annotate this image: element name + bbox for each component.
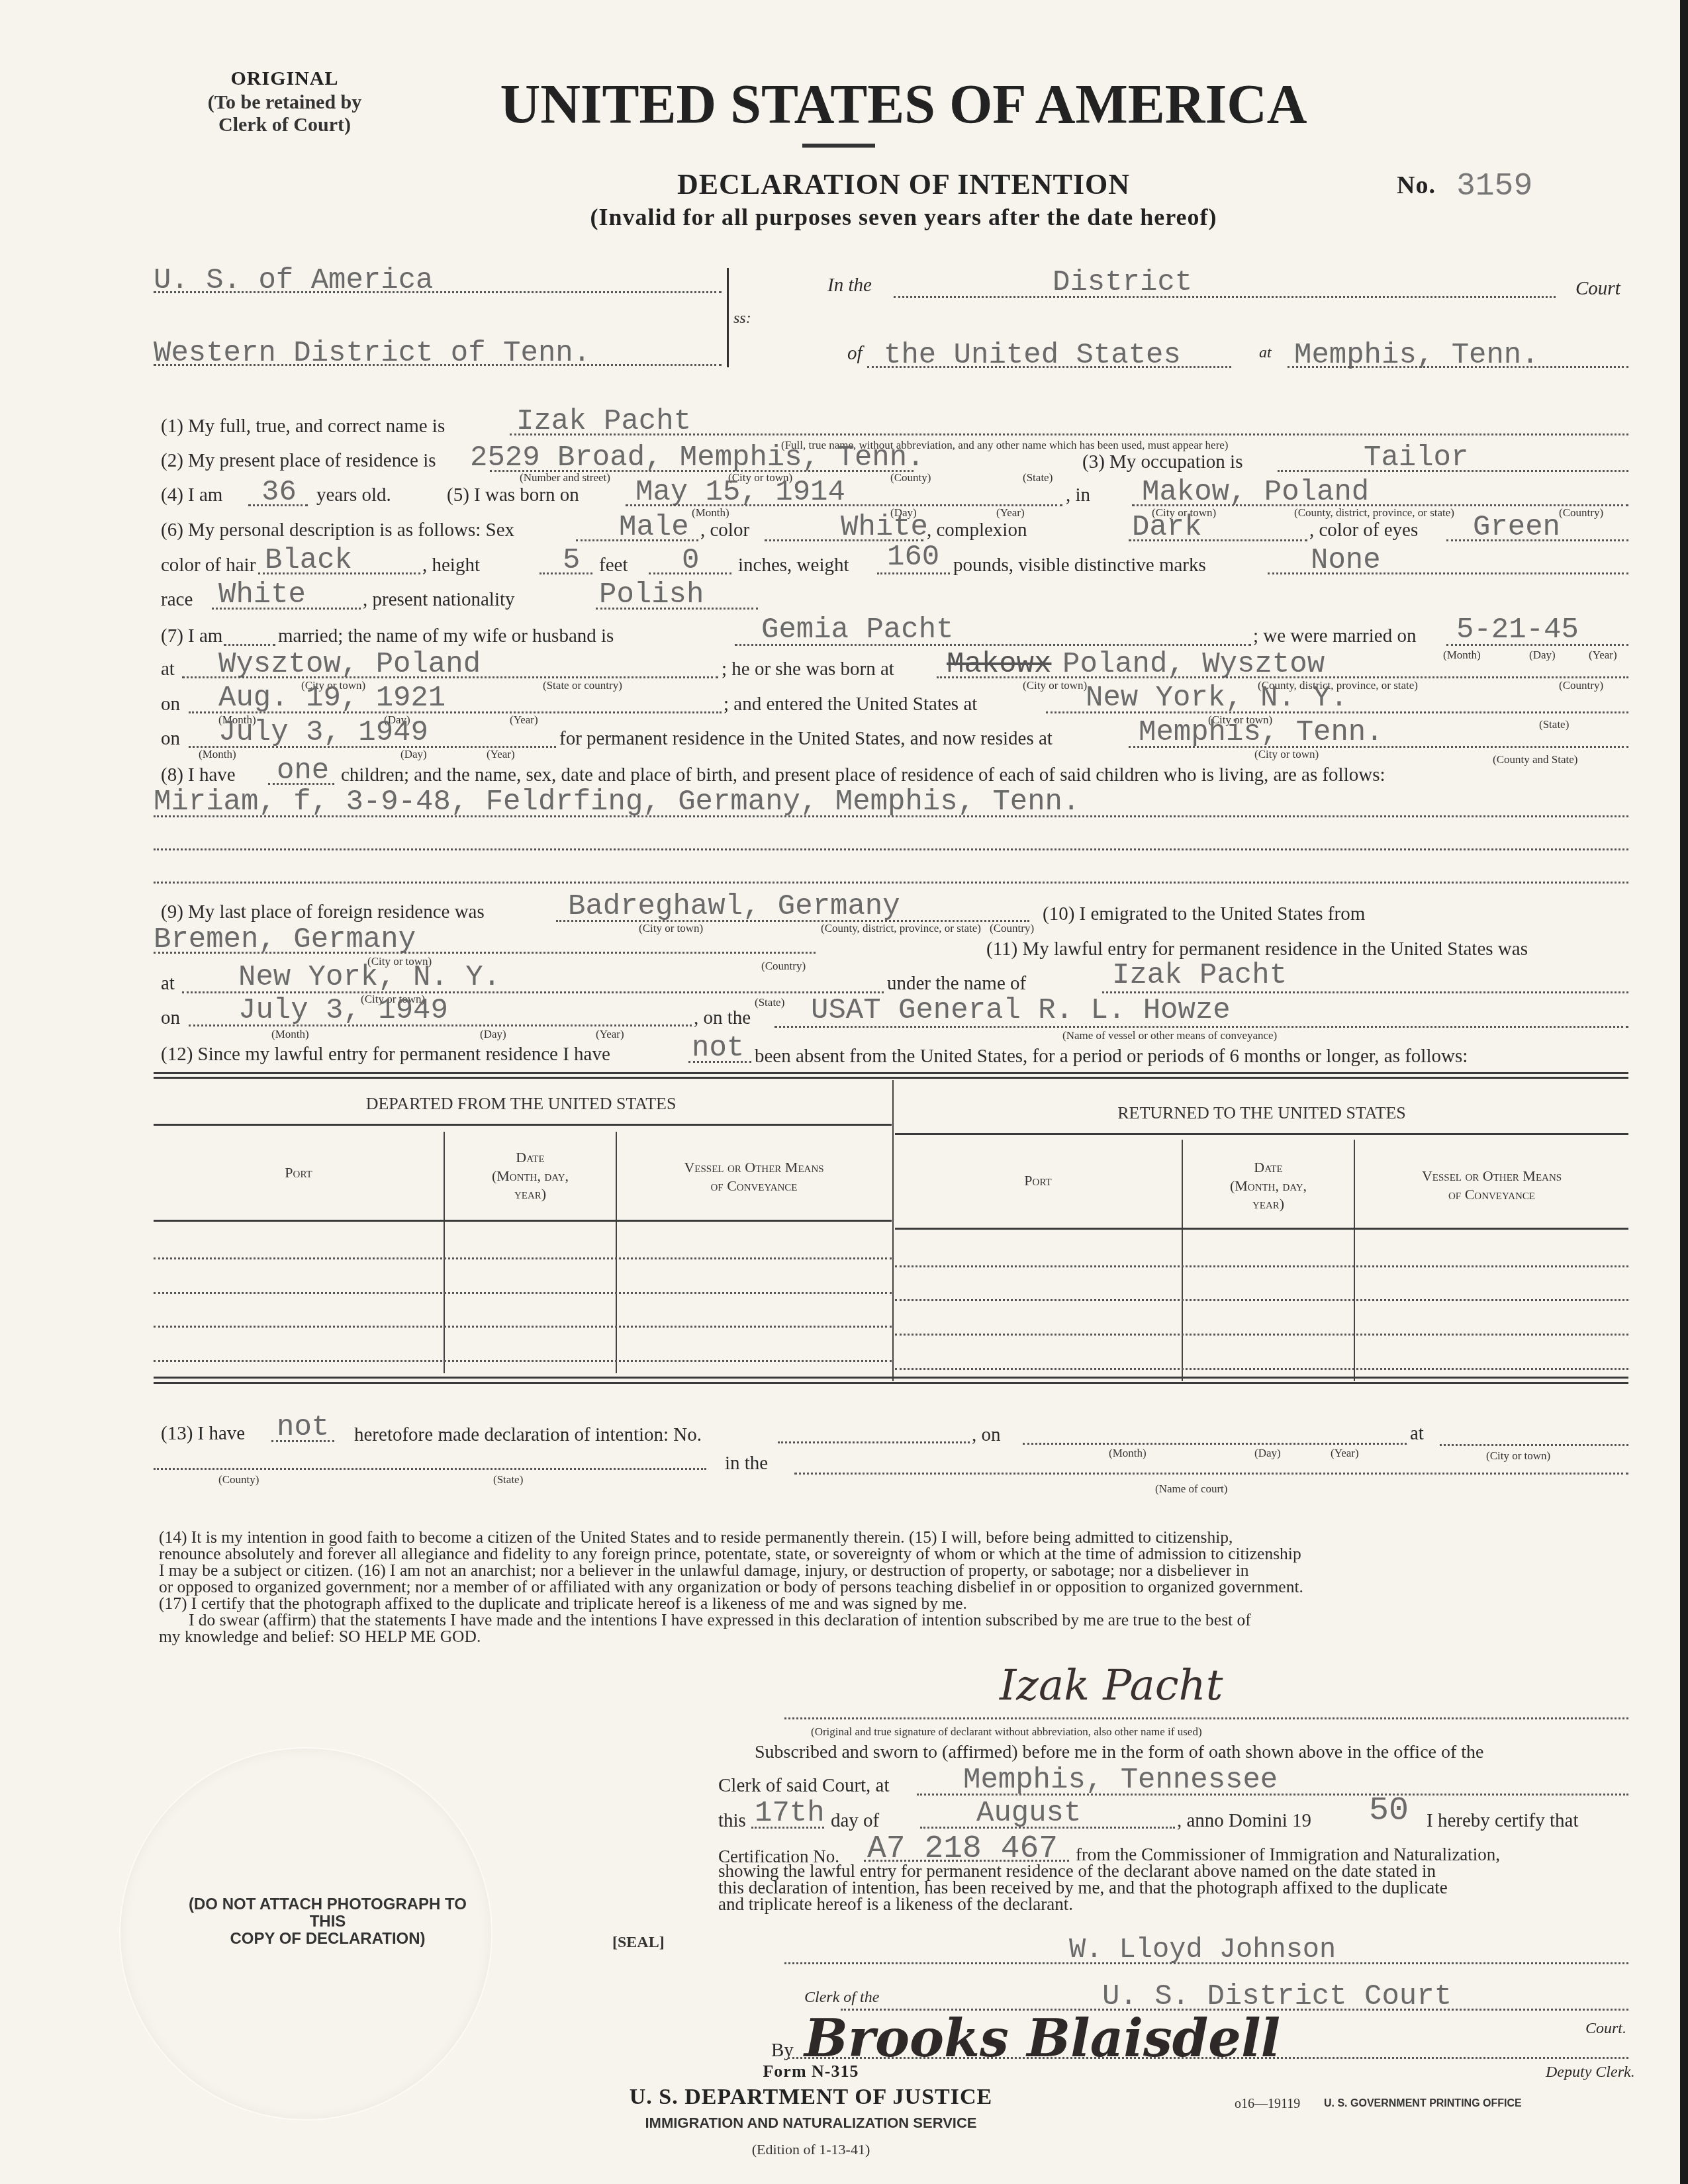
court-label: Court [1575,278,1620,300]
title-rule [802,144,875,148]
spouse-birthplace-line [937,676,1628,678]
this-label: this [718,1810,746,1832]
returned-vessel-header: Vessel or Other Meansof Conveyance [1355,1167,1628,1203]
oath-line: my knowledge and belief: SO HELP ME GOD. [159,1628,1632,1645]
venue-line [154,364,722,366]
spouse-name-line [735,644,1251,646]
hint-month: (Month) [692,506,729,520]
venue-line [154,291,722,293]
hint-country: (Country) [1559,506,1603,520]
race-label: race [161,589,193,611]
eye-color: Green [1473,513,1560,542]
table-row [154,1257,892,1259]
spouse-residence-label: for permanent residence in the United St… [559,728,1053,750]
complexion: Dark [1132,513,1202,542]
hint-year: (Year) [596,1028,624,1041]
departed-date-header: Date(Month, day,year) [445,1148,616,1203]
hint-county-state: (County and State) [1493,753,1577,766]
on-label: , on [972,1424,1001,1446]
q11-label: (11) My lawful entry for permanent resid… [986,938,1528,960]
departed-port-header: Port [154,1163,444,1182]
height-inches: 0 [682,546,699,575]
q4-suffix: years old. [316,484,391,506]
children-line [154,815,1628,817]
inches-label: inches, weight [738,555,849,576]
marriage-date-line [1446,644,1628,646]
departed-vessel-header: Vessel or Other Meansof Conveyance [617,1158,891,1195]
full-name: Izak Pacht [516,407,691,436]
marriage-date: 5-21-45 [1456,615,1579,645]
at-label: at [1259,344,1272,362]
court-type-line [894,296,1556,298]
distinctive-marks: None [1311,546,1381,575]
q3-label: (3) My occupation is [1082,451,1243,473]
on-label: on [161,728,180,750]
q8-label: (8) I have [161,764,236,786]
height-feet-line [539,572,592,574]
at-label: at [1410,1423,1424,1445]
clerk-of-the-label: Clerk of the [804,1989,879,2007]
cert-text-line: and triplicate hereof is a likeness of t… [718,1896,1628,1913]
hair-color: Black [265,546,352,575]
q8-text: children; and the name, sex, date and pl… [341,764,1385,786]
hint-county: (County) [890,471,931,484]
oath-line: (17) I certify that the photograph affix… [159,1595,1632,1612]
absence-line [688,1061,751,1063]
birth-place: Makow, Poland [1142,478,1369,507]
court-name: U. S. District Court [1102,1982,1452,2011]
spouse-residence-line [1129,746,1628,748]
prior-county-state-line [154,1468,706,1470]
prior-declaration-line [271,1440,334,1442]
spouse-entry-place-line [1046,711,1628,713]
spouse-entry-place: New York, N. Y. [1086,684,1348,713]
table-row [154,1360,892,1362]
clerk-location-line [917,1794,1628,1796]
copy-note-line1: (To be retained by [159,91,410,114]
returned-title: RETURNED TO THE UNITED STATES [895,1103,1628,1124]
married-status-line [224,644,275,646]
weight: 160 [887,543,939,572]
q2-label: (2) My present place of residence is [161,450,436,472]
hint-county-district: (County, district, province, or state) [821,922,981,935]
nationality-label: , present nationality [363,589,515,611]
court-location-line [1288,366,1628,368]
sex: Male [619,513,689,542]
height-label: , height [422,555,480,576]
last-foreign-residence: Badreghawl, Germany [568,892,900,921]
court-of-line [867,366,1231,368]
q13-label: (13) I have [161,1423,245,1445]
number-label: No. [1397,171,1436,200]
emigrated-from: Bremen, Germany [154,925,416,954]
hint-county-district: (County, district, province, or state) [1294,506,1454,520]
q4-label: (4) I am [161,484,222,506]
nationality-line [596,608,758,610]
spouse-residence: Memphis, Tenn. [1139,718,1383,747]
married-on-label: ; we were married on [1253,625,1416,647]
under-name-label: under the name of [887,973,1026,995]
pounds-label: pounds, visible distinctive marks [953,555,1206,576]
hint-state: (State) [493,1473,523,1486]
table-row [895,1265,1628,1267]
hint-month: (Month) [1443,649,1481,662]
hint-city-town: (City or town) [1023,679,1087,692]
court-type: District [1053,268,1192,297]
returned-date-header: Date(Month, day,year) [1183,1158,1354,1213]
prior-court-line [794,1473,1628,1475]
hint-year: (Year) [1331,1447,1359,1460]
hint-number-street: (Number and street) [520,471,610,484]
q9-label: (9) My last place of foreign residence w… [161,901,485,923]
spouse-name: Gemia Pacht [761,615,953,645]
table-row [895,1368,1628,1370]
entered-us-label: ; and entered the United States at [724,694,977,715]
month-line [920,1827,1175,1829]
entry-port-line [182,991,884,993]
hint-month: (Month) [1109,1447,1147,1460]
seal-label: [SEAL] [612,1934,665,1952]
oath-line: renounce absolutely and forever all alle… [159,1545,1632,1562]
hint-state: (State) [1539,718,1569,731]
weight-line [877,572,950,574]
q7-label: (7) I am [161,625,222,647]
spouse-birthplace: Poland, Wysztow [1062,650,1325,679]
complexion-line [1129,539,1307,541]
form-number: Form N-315 [662,2062,960,2081]
entry-name-line [1102,991,1628,993]
declaration-number: 3159 [1456,171,1532,203]
prior-declaration-value: not [277,1413,329,1442]
spouse-entry-date: July 3, 1949 [218,718,428,747]
in-the-label: In the [827,275,872,296]
table-row [895,1334,1628,1336]
attestation-day: 17th [755,1799,825,1828]
feet-label: feet [599,555,628,576]
q13-text: heretofore made declaration of intention… [354,1424,702,1446]
declarant-signature-line [784,1717,1628,1719]
hair-color-line [258,572,420,574]
day-line [751,1827,824,1829]
race-line [212,608,361,610]
nationality: Polish [599,580,704,610]
hint-state: (State) [755,996,784,1009]
spouse-birth-date: Aug. 19, 1921 [218,684,445,713]
copy-type-label: ORIGINAL [199,68,371,90]
complexion-label: , complexion [927,520,1027,541]
entry-date: July 3, 1949 [238,996,448,1025]
height-feet: 5 [563,546,580,575]
q10-label: (10) I emigrated to the United States fr… [1043,903,1365,925]
hint-day: (Day) [480,1028,506,1041]
age-line [248,504,308,506]
vessel: USAT General R. L. Howze [811,996,1231,1025]
deputy-signature-line [788,2057,1628,2059]
hint-day: (Day) [1529,649,1556,662]
prior-city-line [1440,1444,1628,1446]
q7-married-label: married; the name of my wife or husband … [278,625,614,647]
attestation-year: 50 [1369,1795,1409,1828]
hint-month: (Month) [271,1028,309,1041]
children-count: one [277,756,329,786]
residence: 2529 Broad, Memphis, Tenn. [470,443,925,473]
table-row [154,1292,892,1294]
embossed-seal [119,1747,492,2120]
edition: (Edition of 1-13-41) [629,2141,993,2158]
prior-no-line [778,1441,970,1443]
deputy-clerk-label: Deputy Clerk. [1546,2064,1635,2081]
at-label: at [161,659,175,680]
oath-line: I may be a subject or citizen. (16) I am… [159,1562,1632,1578]
hint-city-town: (City or town) [1254,748,1319,761]
returned-port-header: Port [895,1171,1181,1190]
departed-title: DEPARTED FROM THE UNITED STATES [154,1093,888,1115]
oath-line: (14) It is my intention in good faith to… [159,1529,1632,1545]
oath-line: I do swear (affirm) that the statements … [159,1612,1632,1628]
eyes-label: , color of eyes [1309,520,1418,541]
prior-date-line [1023,1443,1407,1445]
spouse-born-label: ; he or she was born at [722,659,894,680]
copy-note-line2: Clerk of Court) [159,114,410,136]
print-code: o16—19119 [1235,2097,1300,2112]
hint-year: (Year) [996,506,1025,520]
attestation-month: August [976,1799,1081,1828]
clerk-at-label: Clerk of said Court, at [718,1775,890,1797]
hint-state-country: (State or country) [543,679,622,692]
deputy-signature: Brooks Blaisdell [804,2009,1280,2069]
oath-line: or opposed to organized government; nor … [159,1578,1632,1595]
hint-vessel: (Name of vessel or other means of convey… [1062,1029,1277,1042]
q6-label: (6) My personal description is as follow… [161,520,514,541]
age: 36 [261,478,297,507]
on-label: on [161,694,180,715]
hair-label: color of hair [161,555,256,576]
sworn-text: Subscribed and sworn to (affirmed) befor… [755,1742,1484,1763]
anno-label: , anno Domini 19 [1177,1810,1311,1832]
table-row [154,1326,892,1328]
on-the-label: , on the [694,1007,751,1029]
declarant-signature: Izak Pacht [1000,1661,1223,1710]
hint-state: (State) [1023,471,1053,484]
hint-country: (Country) [990,922,1034,935]
absence-value: not [692,1034,744,1063]
day-of-label: day of [831,1810,879,1832]
hint-year: (Year) [1589,649,1617,662]
occupation-line [1278,470,1628,472]
hint-day: (Day) [400,748,427,761]
vessel-line [774,1026,1628,1028]
document-page: ORIGINAL (To be retained by Clerk of Cou… [0,0,1680,2184]
in-label: , in [1066,484,1090,506]
venue-brace [720,268,729,367]
full-name-line [510,433,1628,435]
q1-label: (1) My full, true, and correct name is [161,416,445,437]
hint-city-town: (City or town) [639,922,703,935]
height-inches-line [649,572,731,574]
hint-year: (Year) [487,748,515,761]
marriage-place-line [182,676,718,678]
hint-county: (County) [218,1473,259,1486]
birth-date: May 15, 1914 [635,478,845,507]
copy-note: (To be retained by Clerk of Court) [159,91,410,136]
validity-note: (Invalid for all purposes seven years af… [463,203,1344,231]
children-line [154,882,1628,884]
sex-line [576,539,698,541]
occupation: Tailor [1364,443,1468,473]
spouse-birth-date-line [189,711,722,713]
hint-year: (Year) [510,713,538,727]
printer: U. S. GOVERNMENT PRINTING OFFICE [1324,2098,1522,2110]
in-the-label: in the [725,1453,768,1475]
q12-label: (12) Since my lawful entry for permanent… [161,1044,610,1066]
signature-hint: (Original and true signature of declaran… [811,1725,1202,1739]
of-label: of [847,343,863,365]
on-label: on [161,1007,180,1029]
cert-text: from the Commissioner of Immigration and… [718,1846,1628,1913]
court-period-label: Court. [1585,2020,1626,2038]
certify-label: I hereby certify that [1427,1810,1578,1832]
emigrated-from-line [154,952,816,954]
children-line [154,848,1628,850]
q5-label: (5) I was born on [447,484,579,506]
clerk-location: Memphis, Tennessee [963,1766,1278,1795]
distinctive-marks-line [1268,572,1628,574]
department: U. S. DEPARTMENT OF JUSTICE [629,2085,993,2110]
children-line-1: Miriam, f, 3-9-48, Feldrfing, Germany, M… [154,788,1080,817]
entry-date-line [189,1024,692,1026]
entry-port: New York, N. Y. [238,963,500,992]
clerk-name-line [784,1962,1628,1964]
hint-city: (City or town) [1486,1449,1550,1463]
clerk-name: W. Lloyd Johnson [1069,1936,1336,1964]
eye-color-line [1446,539,1628,541]
color: White [841,513,928,542]
hint-country: (Country) [761,960,806,973]
table-row [895,1299,1628,1301]
document-subtitle: DECLARATION OF INTENTION [463,167,1344,201]
hint-month: (Month) [199,748,236,761]
children-count-line [268,783,334,785]
hint-court: (Name of court) [1155,1482,1228,1496]
color-label: , color [700,520,749,541]
entry-name: Izak Pacht [1112,961,1287,990]
q12-text: been absent from the United States, for … [755,1046,1468,1068]
spouse-birthplace-struck: Makowx [947,650,1051,679]
oath-text: (14) It is my intention in good faith to… [159,1529,1632,1645]
hint-country: (Country) [1559,679,1603,692]
at-label: at [161,973,175,995]
race: White [218,580,306,610]
marriage-place: Wysztow, Poland [218,650,481,679]
ss-label: ss: [733,310,751,328]
hint-day: (Day) [1254,1447,1281,1460]
document-title: UNITED STATES OF AMERICA [463,73,1344,137]
service: IMMIGRATION AND NATURALIZATION SERVICE [629,2115,993,2132]
